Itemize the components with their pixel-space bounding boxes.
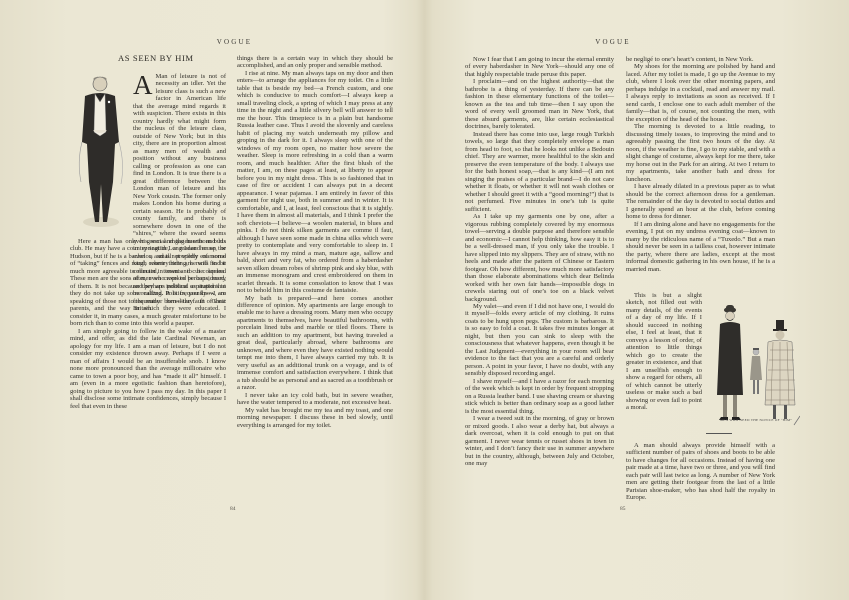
right-column-2: be negligé to one’s heart’s content, in …: [626, 56, 775, 273]
paragraph: My valet has brought me my tea and my to…: [237, 407, 393, 429]
section-rule: [706, 433, 732, 434]
man-in-evening-dress-illustration: [73, 72, 129, 232]
paragraph: This is but a slight sketch, not filled …: [626, 292, 702, 412]
paragraph: Now I fear that I am going to incur the …: [465, 56, 614, 78]
page-number: 84: [230, 506, 236, 512]
paragraph: My bath is prepared—and here comes anoth…: [237, 295, 393, 392]
left-column-2: things there is a certain way in which t…: [237, 55, 393, 429]
page-number: 85: [620, 506, 626, 512]
right-column-1: Now I fear that I am going to incur the …: [465, 56, 614, 468]
magazine-spread: VOGUE AS SEEN BY HIM AMan of leisure is …: [0, 0, 849, 600]
paragraph: I shave myself—and I have a razor for ea…: [465, 378, 614, 415]
paragraph: I rise at nine. My man always taps on my…: [237, 70, 393, 295]
left-column-1-continued: Here a man has only his social engagemen…: [70, 238, 226, 410]
paragraph: If I am dining alone and have no engagem…: [626, 221, 775, 273]
paragraph: be negligé to one’s heart’s content, in …: [626, 56, 775, 63]
drop-cap: A: [133, 74, 153, 96]
paragraph: I wear a tweed suit in the morning, of g…: [465, 415, 614, 467]
paragraph: My shoes for the morning are polished by…: [626, 63, 775, 123]
paragraph: My valet—and even if I did not have one,…: [465, 303, 614, 378]
illustration-caption: MEN WHO NEED THE NOTICE OF “HIM”: [710, 418, 802, 422]
paragraph: A man should always provide himself with…: [626, 442, 775, 502]
paragraph: As I take up my garments one by one, aft…: [465, 213, 614, 303]
paragraph: I have already dilated in a previous pap…: [626, 183, 775, 220]
left-page: VOGUE AS SEEN BY HIM AMan of leisure is …: [0, 0, 425, 600]
paragraph: The morning is devoted to a little readi…: [626, 123, 775, 183]
paragraph: Here a man has only his social engagemen…: [70, 238, 226, 328]
running-head: VOGUE: [401, 38, 825, 46]
paragraph: I proclaim—and on the highest authority—…: [465, 78, 614, 130]
three-men-overcoats-illustration: [710, 300, 800, 430]
right-column-2-after-rule: A man should always provide himself with…: [626, 442, 775, 502]
paragraph: I am simply going to follow in the wake …: [70, 328, 226, 410]
right-column-2-wrapped: This is but a slight sketch, not filled …: [626, 292, 702, 412]
paragraph: Instead there has come into use, large r…: [465, 131, 614, 213]
article-title: AS SEEN BY HIM: [118, 53, 194, 63]
paragraph: I never take an icy cold bath, but in se…: [237, 392, 393, 407]
running-head: VOGUE: [22, 38, 447, 46]
paragraph: things there is a certain way in which t…: [237, 55, 393, 70]
